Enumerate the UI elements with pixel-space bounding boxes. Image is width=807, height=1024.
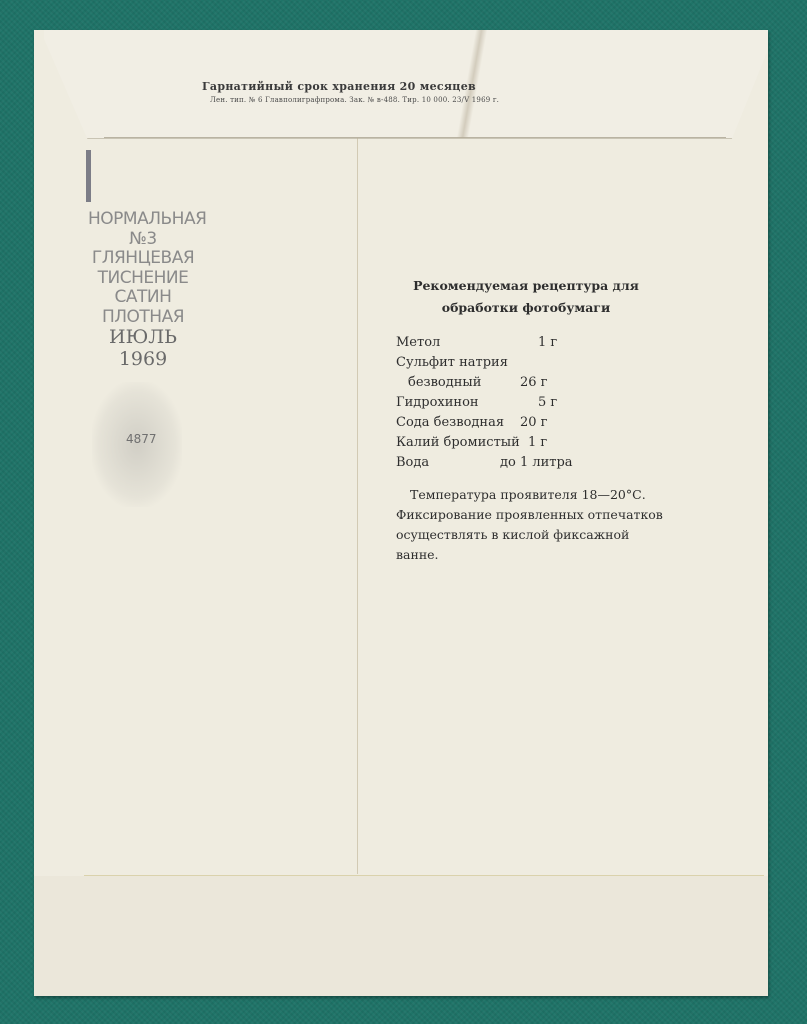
print-info-text: Лен. тип. № 6 Главполиграфпрома. Зак. № …	[210, 96, 670, 104]
ingredient-row: Вода до 1 литра	[396, 455, 676, 475]
guarantee-text: Гарнатийный срок хранения 20 месяцев	[202, 80, 662, 93]
stamp-line: ТИСНЕНИЕ	[88, 269, 198, 289]
ingredient-name: Сульфит натрия	[396, 355, 508, 370]
vertical-seam	[357, 138, 358, 874]
ingredient-name: Метол	[396, 335, 440, 350]
stamp-line: ПЛОТНАЯ	[88, 308, 198, 328]
flap-edge	[104, 137, 726, 138]
recipe-notes: Температура проявителя 18—20°С. Фиксиров…	[396, 485, 671, 565]
ingredient-row: Сульфит натрия безводный 26 г	[396, 355, 676, 395]
ingredient-row: Сода безводная 20 г	[396, 415, 676, 435]
ingredient-name: Гидрохинон	[396, 395, 479, 410]
ingredient-name: Калий бромистый	[396, 435, 520, 450]
temperature-note: Температура проявителя 18—20°С.	[396, 485, 671, 505]
ingredient-qty: 1 г	[538, 335, 557, 350]
date-stamp: НОРМАЛЬНАЯ №3 ГЛЯНЦЕВАЯ ТИСНЕНИЕ САТИН П…	[88, 210, 198, 371]
stamp-year: 1969	[88, 349, 198, 371]
ingredient-qty: 20 г	[520, 415, 548, 430]
ingredient-row: Метол 1 г	[396, 335, 676, 355]
ingredient-row: Гидрохинон 5 г	[396, 395, 676, 415]
recipe-title: Рекомендуемая рецептура для обработки фо…	[396, 275, 656, 319]
stamp-line: НОРМАЛЬНАЯ	[88, 210, 198, 230]
ingredient-qty: 5 г	[538, 395, 557, 410]
ingredient-qty: до 1 литра	[500, 455, 573, 470]
ingredient-name: Вода	[396, 455, 429, 470]
horizontal-seam	[84, 875, 764, 876]
ingredient-qty: 1 г	[528, 435, 547, 450]
stamp-line: №3	[88, 230, 198, 250]
ingredient-qty: 26 г	[520, 375, 548, 390]
recipe-title-line: обработки фотобумаги	[396, 297, 656, 319]
recipe-block: Рекомендуемая рецептура для обработки фо…	[396, 275, 676, 565]
ingredient-name: Сода безводная	[396, 415, 504, 430]
fixing-note: Фиксирование проявленных отпечатков осущ…	[396, 505, 671, 565]
bottom-flap	[34, 876, 768, 996]
envelope: Гарнатийный срок хранения 20 месяцев Лен…	[34, 30, 768, 996]
stamp-line: САТИН	[88, 288, 198, 308]
stamp-number: 4877	[126, 432, 157, 446]
stamp-line: ГЛЯНЦЕВАЯ	[88, 249, 198, 269]
ingredient-name-cont: безводный	[408, 375, 481, 390]
ingredient-row: Калий бромистый 1 г	[396, 435, 676, 455]
ingredient-list: Метол 1 г Сульфит натрия безводный 26 г …	[396, 335, 676, 475]
stamp-mark	[86, 150, 91, 202]
recipe-title-line: Рекомендуемая рецептура для	[396, 275, 656, 297]
stamp-month: ИЮЛЬ	[88, 327, 198, 349]
